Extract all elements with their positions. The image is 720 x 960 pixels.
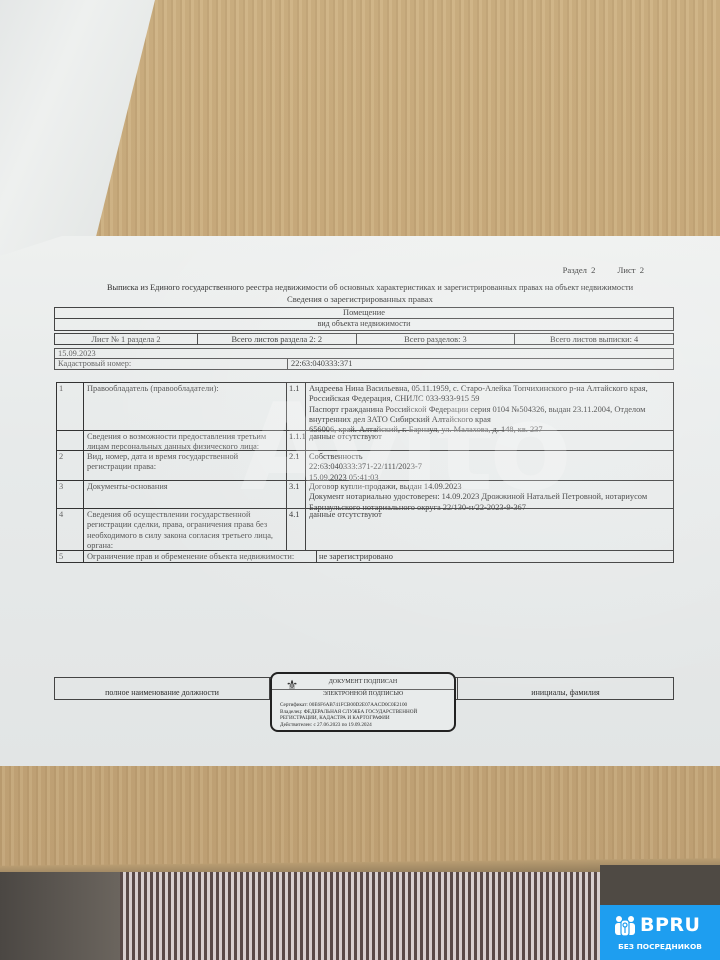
sheets-total: Всего листов выписки: 4 [515, 334, 673, 344]
row-subnumber: 1.1.1 [287, 431, 306, 450]
value-line: 22:63:040333:371-22/111/2023-7 [309, 462, 670, 472]
value-line: данные отсутствуют [309, 510, 670, 520]
row-value: данные отсутствуют [306, 509, 673, 550]
row-label: Вид, номер, дата и время государственной… [84, 451, 287, 480]
row-label: Сведения о возможности предоставления тр… [84, 431, 287, 450]
document-title: Выписка из Единого государственного реес… [0, 283, 720, 293]
document-subtitle: Сведения о зарегистрированных правах [0, 294, 720, 304]
sheet-label: Лист 2 [618, 265, 644, 275]
sheet-count-row: Лист № 1 раздела 2 Всего листов раздела … [54, 333, 674, 345]
sections-total: Всего разделов: 3 [357, 334, 516, 344]
row-label: Сведения об осуществлении государственно… [84, 509, 287, 550]
bpru-badge: BPRU БЕЗ ПОСРЕДНИКОВ [600, 905, 720, 960]
sheets-in-section: Всего листов раздела 2: 2 [198, 334, 357, 344]
table-row: Сведения о возможности предоставления тр… [57, 431, 673, 451]
row-value: не зарегистрировано [317, 551, 673, 562]
section-label: Раздел 2 [563, 265, 596, 275]
cadastral-number: 22:63:040333:371 [288, 359, 352, 369]
rights-table: 1 Правообладатель (правообладатели): 1.1… [56, 382, 674, 563]
stamp-details: Сертификат: 00E6F6AB741FCB00D2E07AACD0C0… [280, 702, 452, 728]
row-label: Правообладатель (правообладатели): [84, 383, 287, 430]
object-type-box: Помещение вид объекта недвижимости [54, 307, 674, 331]
electronic-signature-stamp: ⚜ ДОКУМЕНТ ПОДПИСАН ЭЛЕКТРОННОЙ ПОДПИСЬЮ… [270, 672, 456, 732]
object-type-value: Помещение [55, 308, 673, 319]
table-row: 3 Документы-основания 3.1 Договор купли-… [57, 481, 673, 509]
value-line: внутренних дел ЗАТО Сибирский Алтайского… [309, 415, 670, 425]
row-label: Документы-основания [84, 481, 287, 508]
object-type-label: вид объекта недвижимости [55, 319, 673, 330]
table-row: 4 Сведения об осуществлении государствен… [57, 509, 673, 551]
row-subnumber: 3.1 [287, 481, 306, 508]
value-line: Документ нотариально удостоверен: 14.09.… [309, 492, 670, 502]
value-line: Договор купли-продажи, выдан 14.09.2023 [309, 482, 670, 492]
table-row: 1 Правообладатель (правообладатели): 1.1… [57, 383, 673, 431]
sheet-number: Лист № 1 раздела 2 [55, 334, 198, 344]
row-value: Андреева Нина Васильевна, 05.11.1959, с.… [306, 383, 673, 430]
table-row: 5 Ограничение прав и обременение объекта… [57, 551, 673, 562]
row-number: 2 [57, 451, 84, 480]
value-line: Паспорт гражданина Российской Федерации … [309, 405, 670, 415]
value-line: Андреева Нина Васильевна, 05.11.1959, с.… [309, 384, 670, 394]
row-value: данные отсутствуют [306, 431, 673, 450]
initials-label: инициалы, фамилия [458, 678, 673, 699]
section-sheet-header: Раздел 2 Лист 2 [563, 265, 644, 275]
table-row: 2 Вид, номер, дата и время государственн… [57, 451, 673, 481]
badge-brand: BPRU [640, 914, 700, 936]
stamp-subtitle: ЭЛЕКТРОННОЙ ПОДПИСЬЮ [272, 689, 454, 699]
row-number: 5 [57, 551, 84, 562]
shadow-area [0, 872, 120, 960]
row-number [57, 431, 84, 450]
value-line: не зарегистрировано [319, 552, 670, 562]
document-sheet: Раздел 2 Лист 2 Выписка из Единого госуд… [0, 236, 720, 766]
badge-tagline: БЕЗ ПОСРЕДНИКОВ [600, 942, 720, 951]
row-number: 3 [57, 481, 84, 508]
row-subnumber: 4.1 [287, 509, 306, 550]
extract-date: 15.09.2023 [54, 348, 674, 359]
cadastral-label: Кадастровый номер: [55, 359, 288, 369]
row-subnumber: 2.1 [287, 451, 306, 480]
row-subnumber: 1.1 [287, 383, 306, 430]
value-line: данные отсутствуют [309, 432, 670, 442]
row-value: Собственность 22:63:040333:371-22/111/20… [306, 451, 673, 480]
cadastral-row: Кадастровый номер: 22:63:040333:371 [54, 359, 674, 370]
stamp-title: ДОКУМЕНТ ПОДПИСАН [272, 679, 454, 687]
row-number: 4 [57, 509, 84, 550]
row-number: 1 [57, 383, 84, 430]
position-label: полное наименование должности [55, 678, 270, 699]
value-line: Собственность [309, 452, 670, 462]
row-value: Договор купли-продажи, выдан 14.09.2023 … [306, 481, 673, 508]
row-label: Ограничение прав и обременение объекта н… [84, 551, 317, 562]
stamp-validity: Действителен: с 27.06.2023 по 19.09.2024 [280, 722, 452, 729]
value-line: Российская Федерация, СНИЛС 033-933-915 … [309, 394, 670, 404]
people-key-icon [614, 915, 636, 937]
